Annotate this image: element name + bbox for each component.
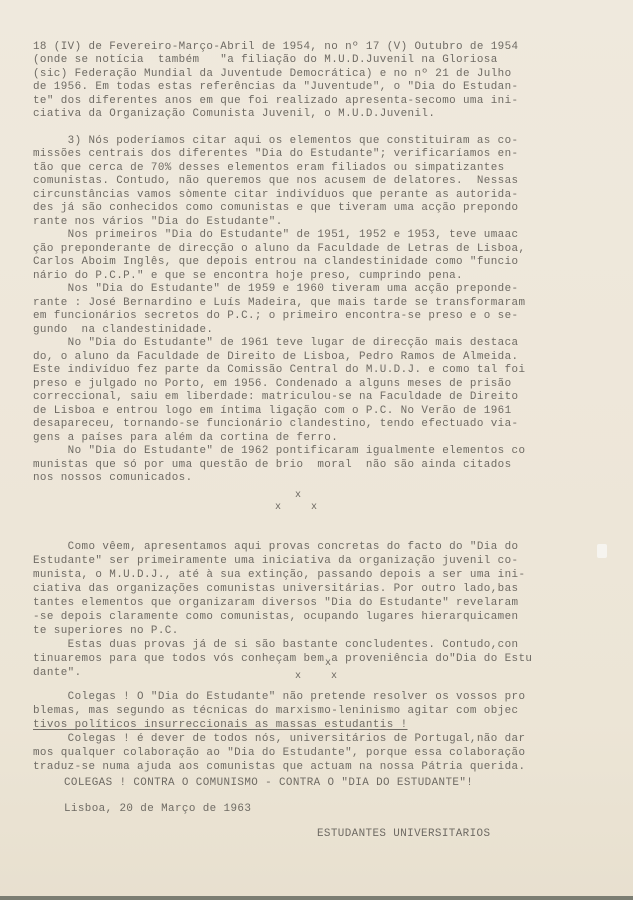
separator-mark: x x <box>275 502 317 513</box>
text-line: (onde se notícia também "a filiação do M… <box>33 54 498 67</box>
dateline: Lisboa, 20 de Março de 1963 <box>64 803 251 816</box>
text-line: Colegas ! O "Dia do Estudante" não prete… <box>33 691 525 704</box>
text-line: blemas, mas segundo as técnicas do marxi… <box>33 705 518 718</box>
typewritten-page: 18 (IV) de Fevereiro-Março-Abril de 1954… <box>0 0 633 896</box>
separator-mark: x <box>325 658 331 669</box>
text-line: nário do P.C.P." e que se encontra hoje … <box>33 270 463 283</box>
slogan: COLEGAS ! CONTRA O COMUNISMO - CONTRA O … <box>64 777 473 790</box>
text-line: rante : José Bernardino e Luís Madeira, … <box>33 297 525 310</box>
text-line: nos nossos comunicados. <box>33 472 193 485</box>
text-line: de 1956. Em todas estas referências da "… <box>33 81 518 94</box>
text-line: circunstâncias vamos sòmente citar indiv… <box>33 189 518 202</box>
text-line: ção preponderante de direcção o aluno da… <box>33 243 525 256</box>
text-line: 3) Nós poderíamos citar aqui os elemento… <box>33 135 518 148</box>
separator-mark: x x <box>295 671 337 682</box>
text-line: missões centrais dos diferentes "Dia do … <box>33 148 518 161</box>
text-line: ciativa da Organização Comunista Juvenil… <box>33 108 435 121</box>
text-line: Colegas ! é dever de todos nós, universi… <box>33 733 525 746</box>
text-line: correccional, saiu em liberdade: matricu… <box>33 391 518 404</box>
text-line: rante nos vários "Dia do Estudante". <box>33 216 283 229</box>
text-line: gens a países para além da cortina de fe… <box>33 432 338 445</box>
text-line: No "Dia do Estudante" de 1961 teve lugar… <box>33 337 518 350</box>
text-line: em funcionários secretos do P.C.; o prim… <box>33 310 518 323</box>
text-line: munista, o M.U.D.J., até à sua extinção,… <box>33 569 525 582</box>
text-line: 18 (IV) de Fevereiro-Março-Abril de 1954… <box>33 41 518 54</box>
text-line: te superiores no P.C. <box>33 625 179 638</box>
text-line: te" dos diferentes anos em que foi reali… <box>33 95 518 108</box>
text-line: tão que cerca de 70% desses elementos er… <box>33 162 505 175</box>
text-line: preso e julgado no Porto, em 1956. Conde… <box>33 378 512 391</box>
text-line: tinuaremos para que todos vós conheçam b… <box>33 653 532 666</box>
text-line: Estas duas provas já de si são bastante … <box>33 639 518 652</box>
signature: ESTUDANTES UNIVERSITARIOS <box>317 828 490 841</box>
text-line: Nos primeiros "Dia do Estudante" de 1951… <box>33 229 518 242</box>
separator-mark: x <box>295 490 301 501</box>
text-line: munistas que só por uma questão de brio … <box>33 459 512 472</box>
text-line: tantes elementos que organizaram diverso… <box>33 597 518 610</box>
text-line: comunistas. Contudo, não queremos que no… <box>33 175 518 188</box>
text-line: dante". <box>33 667 82 680</box>
text-line: mos qualquer colaboração ao "Dia do Estu… <box>33 747 525 760</box>
text-line: ciativa das organizações comunistas univ… <box>33 583 518 596</box>
text-line: (sic) Federação Mundial da Juventude Dem… <box>33 68 512 81</box>
text-line: des já são conhecidos como comunistas e … <box>33 202 518 215</box>
text-line: gundo na clandestinidade. <box>33 324 213 337</box>
text-line: Estudante" ser primeiramente uma iniciat… <box>33 555 518 568</box>
text-line: Como vêem, apresentamos aqui provas conc… <box>33 541 518 554</box>
text-line: traduz-se numa ajuda aos comunistas que … <box>33 761 525 774</box>
text-line: de Lisboa e entrou logo em íntima ligaçã… <box>33 405 512 418</box>
text-line: Carlos Aboim Inglês, que depois entrou n… <box>33 256 518 269</box>
text-line: tivos políticos insurreccionais as massa… <box>33 719 408 732</box>
text-line: -se depois claramente como comunistas, o… <box>33 611 518 624</box>
text-line: Nos "Dia do Estudante" de 1959 e 1960 ti… <box>33 283 518 296</box>
text-line: No "Dia do Estudante" de 1962 pontificar… <box>33 445 525 458</box>
text-line: desapareceu, tornando-se funcionário cla… <box>33 418 518 431</box>
text-line: do, o aluno da Faculdade de Direito de L… <box>33 351 518 364</box>
paper-scuff <box>597 544 607 558</box>
text-line: Este indivíduo fez parte da Comissão Cen… <box>33 364 525 377</box>
